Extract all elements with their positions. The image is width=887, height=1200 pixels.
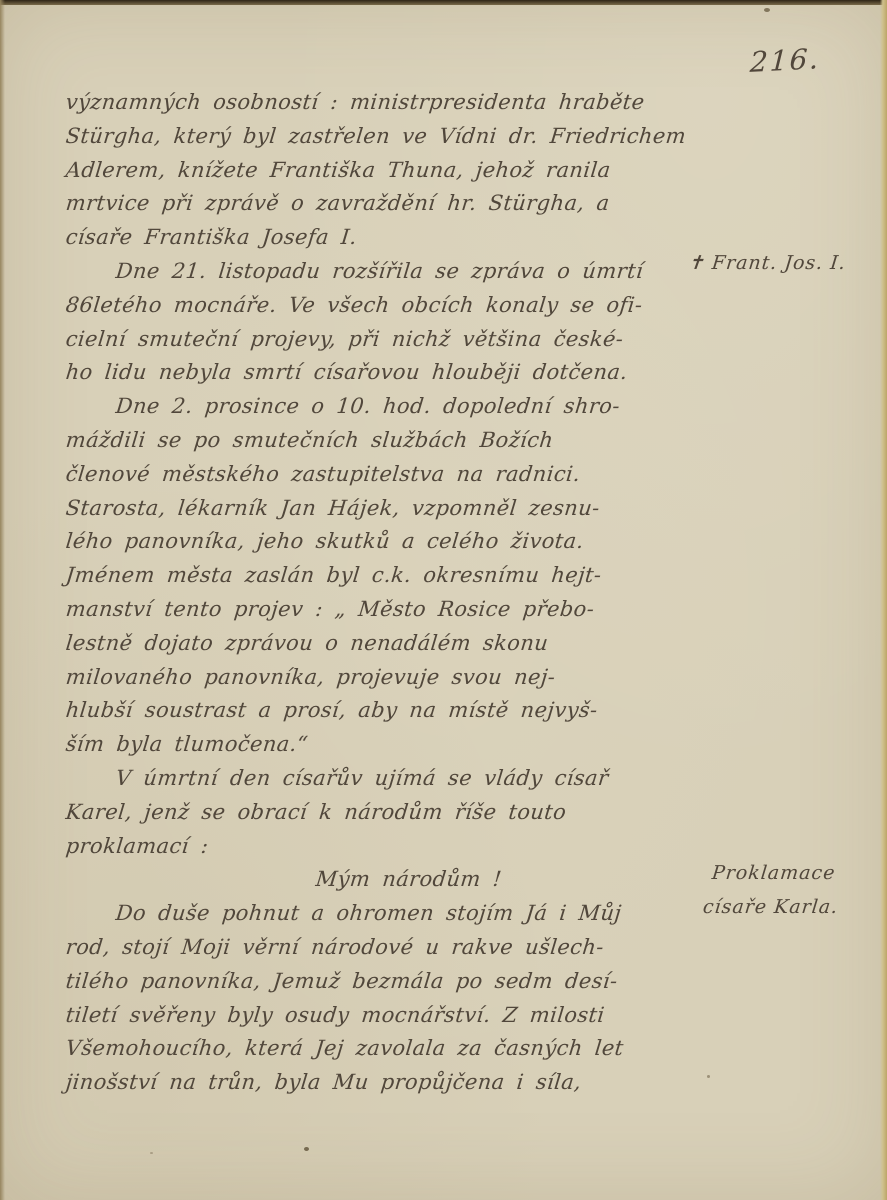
paper-speck — [707, 1075, 710, 1078]
manuscript-page: 216. ✝ Frant. Jos. I. Proklamace císaře … — [0, 0, 887, 1200]
text-line: V úmrtní den císařův ujímá se vlády císa… — [64, 762, 748, 796]
text-line: lestně dojato zprávou o nenadálém skonu — [64, 627, 748, 661]
text-line: manství tento projev : „ Město Rosice př… — [64, 593, 748, 627]
paper-speck — [764, 8, 770, 12]
text-line: hlubší soustrast a prosí, aby na místě n… — [64, 694, 748, 728]
text-line: ho lidu nebyla smrtí císařovou hlouběji … — [64, 356, 748, 390]
text-line: proklamací : — [64, 830, 748, 864]
page-number: 216. — [749, 42, 821, 79]
text-line: Adlerem, knížete Františka Thuna, jehož … — [64, 154, 748, 188]
text-line: tiletí svěřeny byly osudy mocnářství. Z … — [64, 999, 748, 1033]
text-line: významných osobností : ministrpresidenta… — [64, 86, 748, 120]
text-line: členové městského zastupitelstva na radn… — [64, 458, 748, 492]
text-line: rod, stojí Moji věrní národové u rakve u… — [64, 931, 748, 965]
text-line: 86letého mocnáře. Ve všech obcích konaly… — [64, 289, 748, 323]
text-line: lého panovníka, jeho skutků a celého živ… — [64, 525, 748, 559]
page-edge-left — [0, 0, 5, 1200]
text-line: Dne 21. listopadu rozšířila se zpráva o … — [64, 255, 748, 289]
text-line: Mým národům ! — [64, 863, 748, 897]
paper-speck — [304, 1147, 309, 1151]
text-line: Dne 2. prosince o 10. hod. dopolední shr… — [64, 390, 748, 424]
page-edge-top — [0, 0, 887, 5]
text-line: tilého panovníka, Jemuž bezmála po sedm … — [64, 965, 748, 999]
text-line: máždili se po smutečních službách Božích — [64, 424, 748, 458]
text-line: císaře Františka Josefa I. — [64, 221, 748, 255]
text-line: Stürgha, který byl zastřelen ve Vídni dr… — [64, 120, 748, 154]
text-line: Starosta, lékarník Jan Hájek, vzpomněl z… — [64, 492, 748, 526]
text-line: milovaného panovníka, projevuje svou nej… — [64, 661, 748, 695]
page-edge-right — [880, 0, 887, 1200]
text-line: Jménem města zaslán byl c.k. okresnímu h… — [64, 559, 748, 593]
paper-speck — [150, 1152, 153, 1154]
text-line: Všemohoucího, která Jej zavolala za časn… — [64, 1032, 748, 1066]
text-line: Karel, jenž se obrací k národům říše tou… — [64, 796, 748, 830]
text-line: jinošství na trůn, byla Mu propůjčena i … — [64, 1066, 748, 1100]
text-line: Do duše pohnut a ohromen stojím Já i Můj — [64, 897, 748, 931]
text-line: mrtvice při zprávě o zavraždění hr. Stür… — [64, 187, 748, 221]
text-line: cielní smuteční projevy, při nichž větši… — [64, 323, 748, 357]
manuscript-text: významných osobností : ministrpresidenta… — [64, 86, 744, 1100]
text-line: ším byla tlumočena.“ — [64, 728, 748, 762]
